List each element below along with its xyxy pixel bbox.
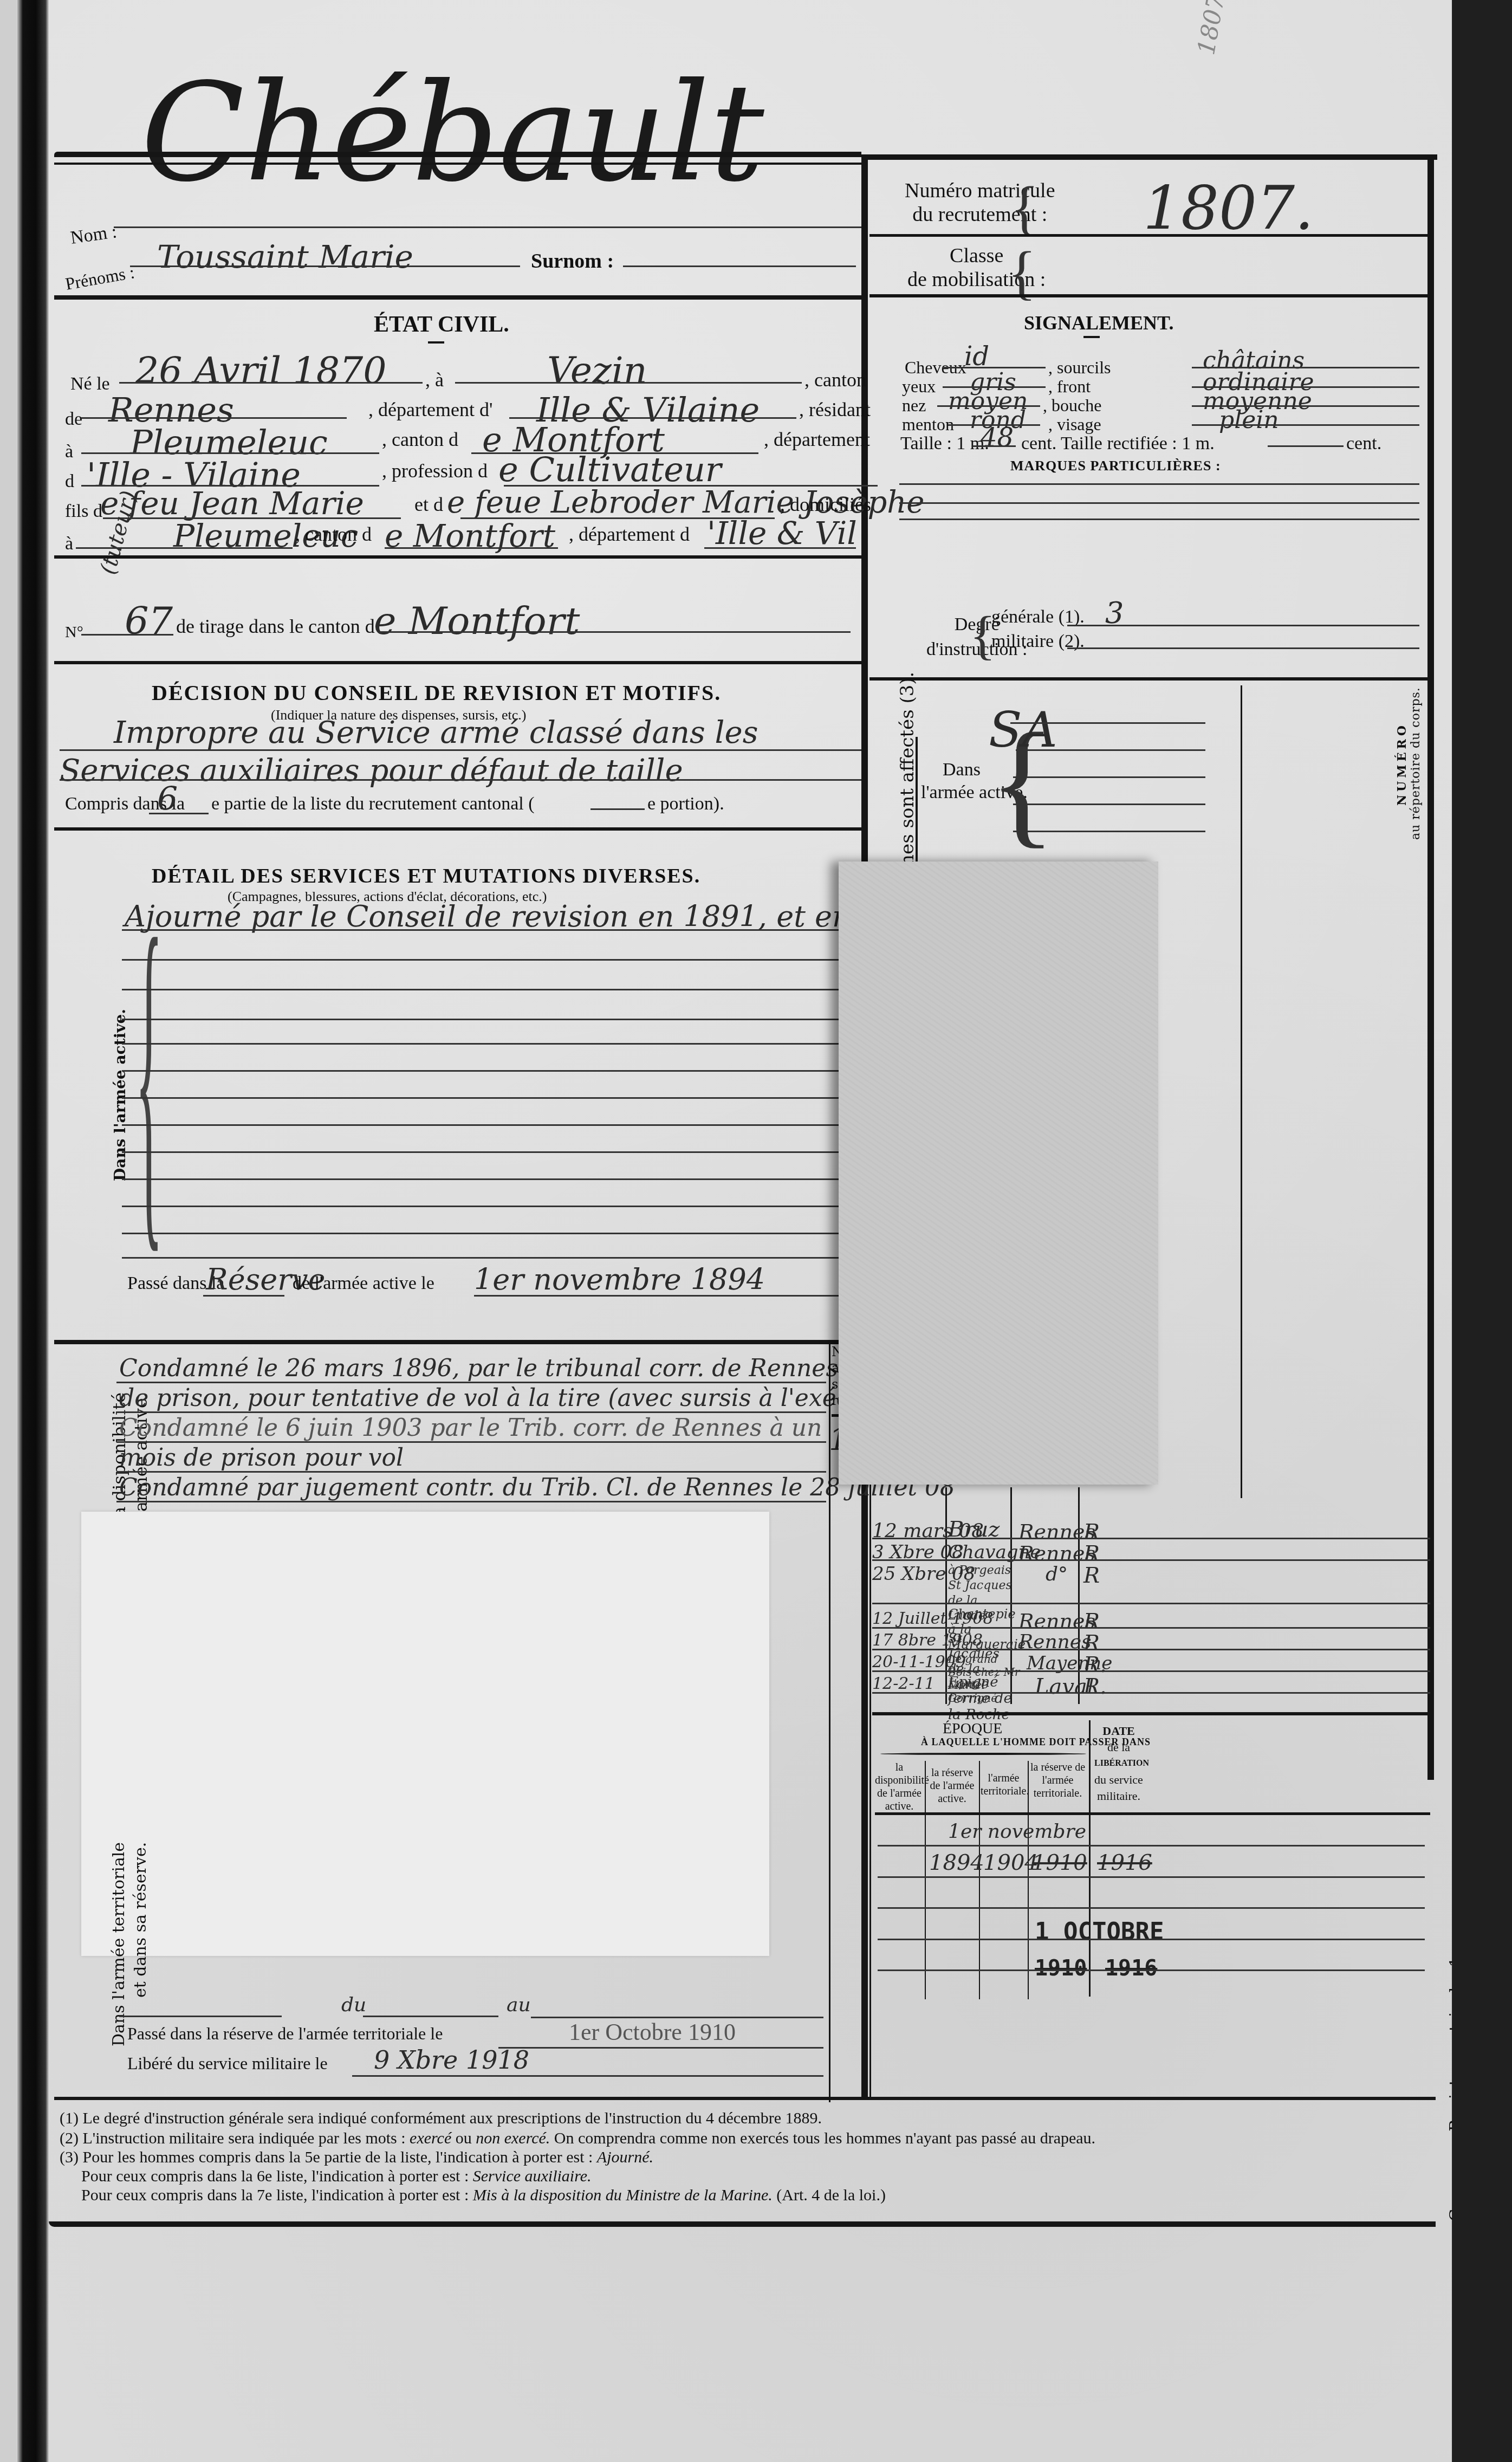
epoque-row-rule <box>878 1907 1425 1909</box>
epoque-value: 1894 <box>929 1850 984 1875</box>
visage-label: , visage <box>1048 414 1101 435</box>
domicilies-label: , domiciliés <box>780 493 871 516</box>
a3-label: à <box>65 534 73 554</box>
residence-date: 12-2-11 <box>872 1674 935 1693</box>
epoque-header-rule <box>875 1812 1430 1815</box>
passe-territoriale-value: 1er Octobre 1910 <box>569 2018 736 2046</box>
prenoms-label: Prénoms : <box>64 262 136 294</box>
services-rule <box>122 959 861 961</box>
visage-value: plein <box>1219 406 1279 434</box>
pasted-paper-slip <box>81 1512 769 1956</box>
fils-de-label: fils d <box>65 501 102 522</box>
book-gutter <box>16 0 49 2462</box>
footer-bottom-rule <box>49 2221 1436 2227</box>
epoque-col-divider <box>925 1761 926 1999</box>
pere-value: e feu Jean Marie <box>100 485 364 522</box>
canton-label: , canton <box>804 368 866 391</box>
right-box-top <box>864 154 1437 160</box>
scan-background <box>1452 0 1512 2462</box>
marques-title: MARQUES PARTICULIÈRES : <box>1010 458 1221 474</box>
epoque-col-divider <box>1028 1761 1029 1999</box>
disponibilite-rule <box>116 1382 826 1383</box>
residence-row-rule <box>872 1627 1430 1629</box>
passe-reserve-date: 1er novembre 1894 <box>474 1262 765 1297</box>
pasted-paper-flap <box>839 861 1158 1485</box>
title-dash <box>428 341 444 344</box>
nom-value: Chébault <box>141 65 764 200</box>
du-line-1 <box>119 2016 282 2017</box>
disponibilite-rule <box>116 1501 826 1502</box>
residence-left-edge <box>869 1485 871 2097</box>
stamp-year: 1916 <box>1105 1956 1157 1981</box>
affectation-line-2 <box>1016 749 1205 751</box>
menton-label: menton <box>902 414 954 435</box>
passe-territoriale-line <box>498 2047 823 2049</box>
et-de-label: et d <box>414 493 443 516</box>
controle-divider <box>829 1344 830 2102</box>
services-bottom-rule <box>54 1340 861 1344</box>
residence-row-rule <box>872 1603 1430 1604</box>
militaire-line <box>1067 647 1419 649</box>
departement-line <box>509 417 796 419</box>
nom-label: Nom : <box>69 222 118 249</box>
numero-divider <box>1241 685 1242 1498</box>
epoque-col-divider <box>979 1761 980 1999</box>
ne-le-line <box>119 382 423 384</box>
departement3-line <box>704 547 856 549</box>
residence-line <box>81 452 379 454</box>
matricule-value: 1807. <box>1143 173 1314 243</box>
decision-line-rule-1 <box>60 749 861 751</box>
right-box-edge <box>1427 154 1434 1780</box>
domicile-line <box>76 547 293 549</box>
epoque-shared-date: 1er novembre <box>948 1820 1086 1843</box>
epoque-title: ÉPOQUE <box>943 1720 1002 1738</box>
passe-reserve-mid: de l'armée active le <box>293 1273 434 1294</box>
services-rule <box>122 1257 861 1259</box>
ne-le-label: Né le <box>70 374 110 394</box>
lieu-naissance-value: Vezin <box>547 349 647 392</box>
generale-line <box>1067 625 1419 626</box>
marques-line-2 <box>899 502 1419 504</box>
lieu-line <box>455 382 802 384</box>
footnote-2: (2) L'instruction militaire sera indiqué… <box>60 2129 1095 2148</box>
taille-cent2: cent. <box>1346 433 1381 454</box>
taille-value: 48 <box>981 423 1014 453</box>
affectation-line-3 <box>1013 776 1205 778</box>
etat-civil-title: ÉTAT CIVIL. <box>374 312 509 338</box>
services-rule <box>122 1178 861 1180</box>
epoque-top-rule <box>872 1712 1430 1715</box>
libere-value: 9 Xbre 1918 <box>374 2045 529 2075</box>
registre-matricule-page: 1807 Chébault Nom : Prénoms : Toussaint … <box>49 0 1452 2462</box>
a-label: , à <box>425 368 444 391</box>
services-rule <box>122 1233 861 1234</box>
portion-suffix: e portion). <box>647 794 724 814</box>
footnote-5: Pour ceux compris dans la 7e liste, l'in… <box>81 2186 886 2205</box>
etat-civil-rule <box>54 555 861 559</box>
services-line-1: Ajourné par le Conseil de revision en 18… <box>125 899 935 934</box>
sourcils-label: , sourcils <box>1048 358 1111 378</box>
liberation-value: 1916 <box>1097 1850 1152 1875</box>
taille-line <box>972 445 1016 447</box>
classe-rule <box>869 294 1427 297</box>
marques-line-1 <box>899 483 1419 485</box>
matricule-rule <box>869 234 1427 237</box>
departement3-value: 'Ille & Vil <box>707 515 857 552</box>
title-dash <box>1083 336 1100 338</box>
residence-row-rule <box>872 1649 1430 1650</box>
nom-line <box>114 226 861 228</box>
portion-line <box>590 808 645 810</box>
compris-line <box>149 813 209 814</box>
du-line-2 <box>363 2016 498 2017</box>
nez-label: nez <box>902 396 926 416</box>
du-label: du <box>341 1994 366 2016</box>
profession-value: e Cultivateur <box>498 450 722 489</box>
departement3-label: , département d <box>569 523 690 546</box>
header-rule-top-thin <box>54 163 861 165</box>
stamp-date: 1 OCTOBRE <box>1035 1918 1164 1946</box>
yeux-label: yeux <box>902 377 936 397</box>
prenoms-line <box>130 265 520 267</box>
disponibilite-rule <box>116 1471 826 1473</box>
affectation-line-4 <box>1013 804 1205 805</box>
canton3-line <box>385 547 558 549</box>
canton-line <box>81 417 347 419</box>
services-rule <box>122 1151 861 1153</box>
passe-reserve-date-line <box>474 1295 861 1297</box>
services-rule <box>122 989 861 990</box>
epoque-row-rule <box>878 1969 1425 1971</box>
epoque-divider <box>1089 1720 1091 1997</box>
services-rule <box>122 1206 861 1207</box>
disponibilite-rule <box>116 1441 826 1443</box>
surnom-label: Surnom : <box>531 249 614 273</box>
footer-top-rule <box>54 2097 1436 2100</box>
bouche-label: , bouche <box>1043 396 1101 416</box>
adjacent-page-edge <box>0 0 16 2462</box>
services-rule <box>122 1070 861 1072</box>
residence-row-rule <box>872 1559 1430 1561</box>
footnote-3: (3) Pour les hommes compris dans la 5e p… <box>60 2148 653 2167</box>
margin-note: 1807 <box>1192 0 1230 57</box>
services-rule <box>122 1043 861 1045</box>
disponibilite-line-3: Condamné le 6 juin 1903 par le Trib. cor… <box>119 1414 822 1442</box>
no-label: N° <box>65 623 83 642</box>
services-rule <box>122 1097 861 1099</box>
affectation-line-1 <box>1010 722 1205 724</box>
au-label: au <box>507 1994 531 2016</box>
residence-visa: R <box>1083 1563 1100 1588</box>
epoque-col-header: la réserve de l'armée territoriale. <box>1029 1761 1086 1800</box>
residence-row-rule <box>872 1670 1430 1672</box>
header-rule-bottom <box>54 295 861 300</box>
visage-line <box>1192 424 1419 426</box>
decision-line-1: Impropre au Service armé classé dans les <box>114 715 758 750</box>
taille-rect-line <box>1268 445 1344 447</box>
surnom-line <box>623 265 856 267</box>
footnote-4: Pour ceux compris dans la 6e liste, l'in… <box>81 2167 592 2186</box>
signalement-title: SIGNALEMENT. <box>1024 312 1173 334</box>
epoque-col-header: la réserve de l'armée active. <box>926 1766 978 1805</box>
canton3-label: , canton d <box>295 523 372 546</box>
decision-line-rule-2 <box>60 779 861 781</box>
libere-line <box>352 2075 823 2077</box>
d-label: d <box>65 471 74 492</box>
tirage-rule <box>54 661 861 664</box>
tirage-canton-line <box>379 631 851 633</box>
epoque-swash <box>880 1753 1086 1755</box>
epoque-value: 1904 <box>983 1850 1039 1875</box>
residence-row-rule <box>872 1692 1430 1694</box>
disponibilite-rule <box>116 1411 826 1413</box>
taille-cent: cent. Taille rectifiée : 1 m. <box>1021 433 1215 454</box>
passe-territoriale-label: Passé dans la réserve de l'armée territo… <box>127 2024 443 2044</box>
tirage-label: de tirage dans le canton d <box>176 615 375 638</box>
profession-label: , profession d <box>382 459 488 482</box>
disponibilite-line-4: mois de prison pour vol <box>119 1444 404 1472</box>
services-title: DÉTAIL DES SERVICES ET MUTATIONS DIVERSE… <box>152 864 700 888</box>
epoque-row-rule <box>878 1845 1425 1846</box>
epoque-col-header: l'armée territoriale. <box>981 1772 1027 1798</box>
services-rule <box>122 1124 861 1126</box>
decision-rule <box>54 827 861 831</box>
services-rule <box>122 929 861 931</box>
prenoms-value: Toussaint Marie <box>157 238 413 275</box>
marques-line-3 <box>899 519 1419 520</box>
disponibilite-line-2: de prison, pour tentative de vol à la ti… <box>119 1384 922 1412</box>
decision-line-2: Services auxiliaires pour défaut de tail… <box>60 753 683 788</box>
tirage-value: 67 <box>125 599 173 643</box>
services-rule <box>122 1019 861 1020</box>
passe-reserve-line <box>203 1295 284 1297</box>
a2-label: à <box>65 442 73 462</box>
footnote-1: (1) Le degré d'instruction générale sera… <box>60 2109 822 2128</box>
departement-label: , département d' <box>368 398 492 421</box>
brace-icon: { <box>1010 173 1039 242</box>
residence-commune: Epigné ferme de la Roche <box>948 1674 1013 1723</box>
epoque-row-rule <box>878 1939 1425 1940</box>
departement2-label: , département <box>764 428 870 451</box>
epoque-col-header: la disponibilité de l'armée active. <box>875 1761 924 1813</box>
tirage-canton-value: e Montfort <box>374 599 580 643</box>
de-label: de <box>65 409 82 430</box>
header-rule-top <box>54 152 861 157</box>
libere-label: Libéré du service militaire le <box>127 2053 328 2074</box>
epoque-value: 1910 <box>1032 1850 1087 1875</box>
residence-row-rule <box>872 1538 1430 1539</box>
epoque-row-rule <box>878 1876 1425 1878</box>
affectation-line-5 <box>1013 831 1205 832</box>
compris-suffix: e partie de la liste du recrutement cant… <box>211 794 535 814</box>
degre-rule <box>869 677 1427 681</box>
canton2-label: , canton d <box>382 428 458 451</box>
numero-repertoire-label: NUMÉRO au répertoire du corps. <box>1395 688 1423 840</box>
residant-label: , résidant <box>799 398 871 421</box>
decision-title: DÉCISION DU CONSEIL DE REVISION ET MOTIF… <box>152 680 721 705</box>
date-liberation-header: DATE de la LIBÉRATION du service militai… <box>1094 1723 1143 1804</box>
taille-label: Taille : 1 m. <box>900 433 989 454</box>
tirage-line <box>81 634 173 636</box>
residence-visa: R. <box>1083 1674 1107 1699</box>
front-label: , front <box>1048 377 1091 397</box>
stamp-year: 1910 <box>1035 1956 1087 1981</box>
residence-canton: d° <box>1046 1563 1068 1585</box>
ne-le-value: 26 Avril 1870 <box>135 349 387 392</box>
